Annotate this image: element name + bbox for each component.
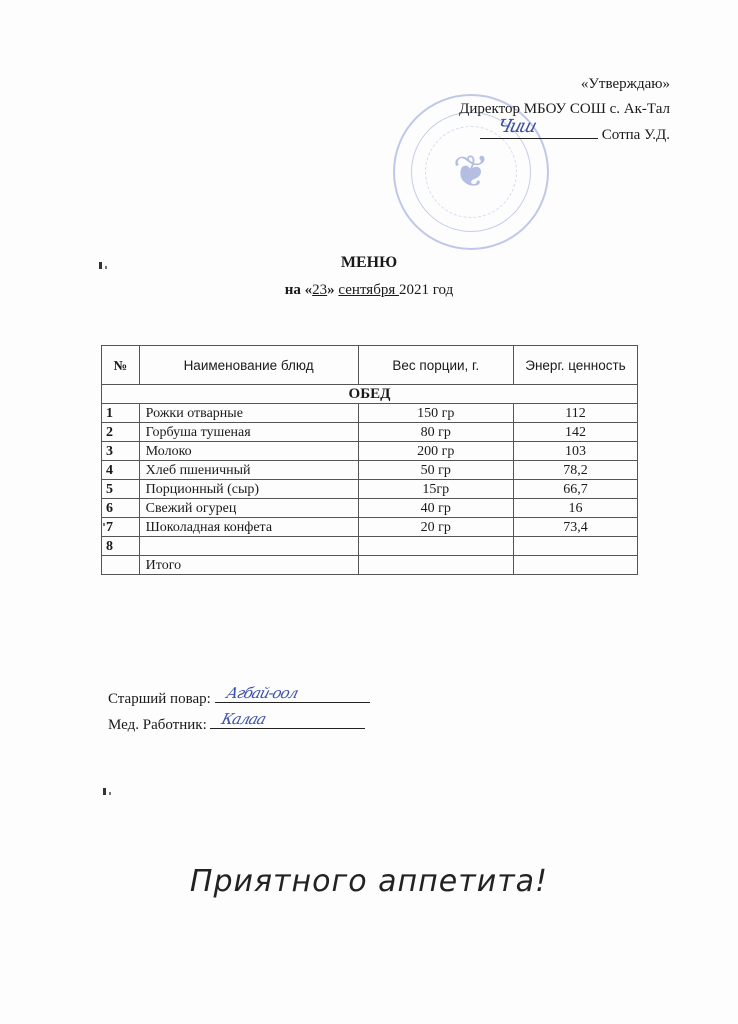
table-row: 6Свежий огурец40 гр16 (102, 499, 638, 518)
dish-name (139, 537, 358, 556)
menu-title: МЕНЮ (0, 254, 738, 272)
approval-signature-line: ЧишСотпа У.Д. (459, 122, 670, 148)
portion-weight (358, 537, 513, 556)
date-mid: » (327, 282, 338, 298)
header-portion-weight: Вес порции, г. (358, 346, 513, 385)
header-energy-value: Энерг. ценность (513, 346, 637, 385)
table-row: 7Шоколадная конфета20 гр73,4 (102, 518, 638, 537)
row-number (102, 556, 140, 575)
table-row: 8 (102, 537, 638, 556)
medic-signature-field: Калаа (210, 712, 365, 729)
portion-weight: 200 гр (358, 442, 513, 461)
portion-weight: 20 гр (358, 518, 513, 537)
portion-weight (358, 556, 513, 575)
medic-label: Мед. Работник: (108, 717, 210, 733)
cook-label: Старший повар: (108, 691, 215, 707)
cook-signature: Агбай-оол (223, 680, 300, 706)
approval-block: «Утверждаю» Директор МБОУ СОШ с. Ак-Тал … (459, 72, 670, 148)
approval-position: Директор МБОУ СОШ с. Ак-Тал (459, 97, 670, 122)
row-number: 4 (102, 461, 140, 480)
table-row: 1Рожки отварные150 гр112 (102, 404, 638, 423)
medic-row: Мед. Работник: Калаа (108, 712, 370, 738)
portion-weight: 40 гр (358, 499, 513, 518)
table-row: 3Молоко200 гр103 (102, 442, 638, 461)
footer-greeting: Приятного аппетита! (0, 864, 738, 899)
section-row: ОБЕД (102, 385, 638, 404)
director-signature-field: Чиш (480, 122, 598, 139)
eagle-emblem-icon: ❦ (453, 147, 490, 198)
row-number: 6 (102, 499, 140, 518)
energy-value: 78,2 (513, 461, 637, 480)
dish-name: Горбуша тушеная (139, 423, 358, 442)
portion-weight: 50 гр (358, 461, 513, 480)
scan-mark (103, 788, 106, 795)
date-month: сентября (338, 282, 399, 298)
energy-value: 142 (513, 423, 637, 442)
document-page: ❦ «Утверждаю» Директор МБОУ СОШ с. Ак-Та… (0, 0, 738, 1024)
scan-mark (109, 792, 111, 795)
dish-name: Свежий огурец (139, 499, 358, 518)
portion-weight: 80 гр (358, 423, 513, 442)
date-day: 23 (312, 282, 327, 298)
approval-signer: Сотпа У.Д. (602, 127, 670, 143)
dish-name: Шоколадная конфета (139, 518, 358, 537)
energy-value (513, 537, 637, 556)
dish-name: Порционный (сыр) (139, 480, 358, 499)
dish-name: Молоко (139, 442, 358, 461)
dish-name: Итого (139, 556, 358, 575)
portion-weight: 15гр (358, 480, 513, 499)
energy-value: 112 (513, 404, 637, 423)
section-lunch: ОБЕД (102, 385, 638, 404)
portion-weight: 150 гр (358, 404, 513, 423)
approval-title: «Утверждаю» (459, 72, 670, 97)
table-row: 2Горбуша тушеная80 гр142 (102, 423, 638, 442)
row-number: 2 (102, 423, 140, 442)
staff-signatures: Старший повар: Агбай-оол Мед. Работник: … (108, 686, 370, 738)
row-number: 3 (102, 442, 140, 461)
date-year: 2021 год (399, 282, 453, 298)
row-number: 5 (102, 480, 140, 499)
table-row: 5Порционный (сыр)15гр66,7 (102, 480, 638, 499)
menu-date: на «23» сентября 2021 год (0, 282, 738, 299)
row-number: 1 (102, 404, 140, 423)
energy-value: 66,7 (513, 480, 637, 499)
dish-name: Хлеб пшеничный (139, 461, 358, 480)
cook-signature-field: Агбай-оол (215, 686, 370, 703)
date-prefix: на « (285, 282, 312, 298)
energy-value: 73,4 (513, 518, 637, 537)
energy-value (513, 556, 637, 575)
energy-value: 16 (513, 499, 637, 518)
table-row: Итого (102, 556, 638, 575)
table-row: 4Хлеб пшеничный50 гр78,2 (102, 461, 638, 480)
row-number: 7 (102, 518, 140, 537)
header-number: № (102, 346, 140, 385)
energy-value: 103 (513, 442, 637, 461)
medic-signature: Калаа (219, 706, 269, 732)
row-number: 8 (102, 537, 140, 556)
scan-mark (103, 523, 105, 526)
menu-table: № Наименование блюд Вес порции, г. Энерг… (101, 345, 638, 575)
table-header-row: № Наименование блюд Вес порции, г. Энерг… (102, 346, 638, 385)
director-signature: Чиш (494, 114, 537, 139)
dish-name: Рожки отварные (139, 404, 358, 423)
header-dish-name: Наименование блюд (139, 346, 358, 385)
